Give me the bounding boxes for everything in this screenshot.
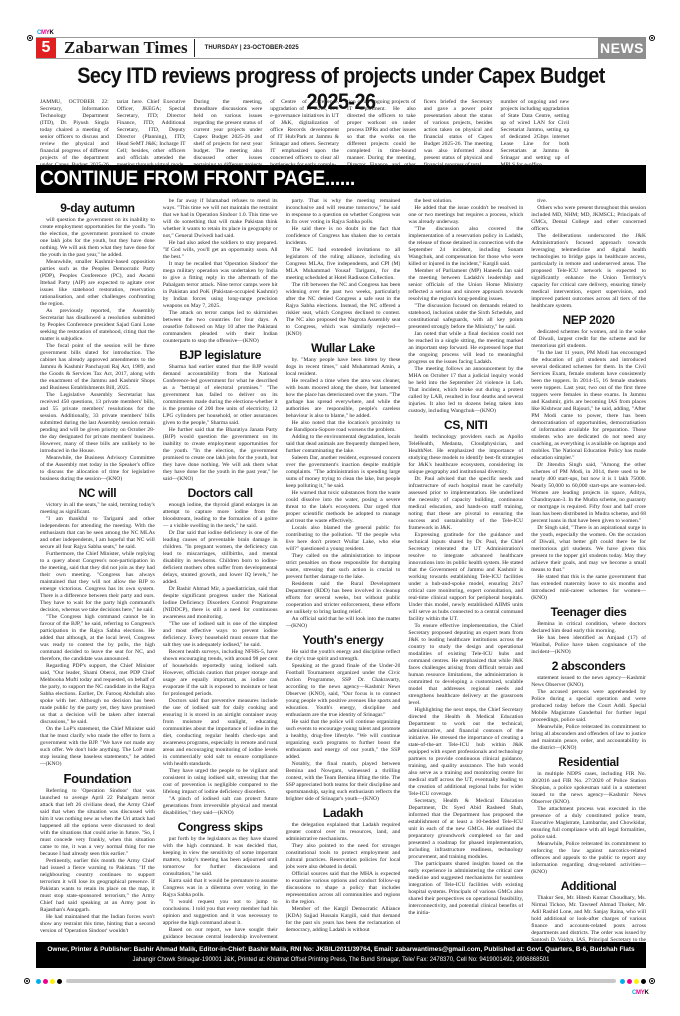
- masthead: 5 Zabarwan Times THURSDAY | 23-OCTOBER-2…: [36, 37, 646, 59]
- story-paragraph: To ensure effective implementation, the …: [408, 623, 523, 707]
- story-paragraph: The participants shared insights based o…: [408, 861, 523, 917]
- story-paragraph: He stated that this is the same governme…: [531, 574, 646, 602]
- story-paragraph: He said that the police will continue or…: [286, 719, 401, 761]
- story-heading: Additional: [531, 879, 646, 893]
- column-1: 9-day autumnwill question the government…: [40, 198, 155, 950]
- story-paragraph: Dr Bashir Ahmad Mir, a paediatrician, sa…: [163, 586, 278, 621]
- story-paragraph: the best solution.: [408, 198, 523, 205]
- story-heading: Teenager dies: [531, 605, 646, 619]
- story-heading: 9-day autumn: [40, 201, 155, 215]
- story-paragraph: On the LoP's statement, the Chief Minist…: [40, 726, 155, 768]
- swatch-black: [57, 979, 62, 984]
- story-paragraph: Recent health surveys, including NFHS-5,…: [163, 649, 278, 698]
- story-paragraph: He also noted that the location's proxim…: [286, 420, 401, 434]
- story-paragraph: He had also asked the soldiers to stay p…: [163, 240, 278, 261]
- story-heading: Ladakh: [286, 806, 401, 820]
- story-paragraph: He said there is no doubt in the fact th…: [286, 226, 401, 247]
- story-paragraph: put forth by the legislators as they hav…: [163, 836, 278, 878]
- registration-mark-icon: [649, 978, 655, 984]
- story-paragraph: The NC had extended invitations to all l…: [286, 247, 401, 282]
- story-paragraph: He warned that toxic substances from the…: [286, 490, 401, 525]
- section-tag: NEWS: [598, 37, 646, 59]
- color-calibration-bar: [36, 977, 646, 985]
- story-heading: NC will: [40, 486, 155, 500]
- story-paragraph: The deliberations underscored the J&K Ad…: [531, 233, 646, 310]
- story-paragraph: victory in all the seats," he said, term…: [40, 502, 155, 516]
- story-paragraph: The attachment process was executed in t…: [531, 806, 646, 841]
- story-paragraph: dedicated schemes for women, and in the …: [531, 329, 646, 350]
- swatch-cyan: [36, 979, 41, 984]
- registration-mark-icon: [649, 35, 655, 41]
- story-paragraph: Sharma had earlier stated that the BJP w…: [163, 364, 278, 427]
- imprint-footer: Owner, Printer & Publisher: Bashir Ahmad…: [36, 942, 646, 968]
- story-paragraph: statement issued to the news agency—Kash…: [531, 675, 646, 689]
- story-paragraph: by. "Many people have been bitten by the…: [286, 357, 401, 378]
- story-paragraph: Dr Singh said, "There is an aspirational…: [531, 525, 646, 574]
- story-paragraph: Expressing gratitude for the guidance an…: [408, 532, 523, 623]
- story-paragraph: "I am thankful to Tarigami and other ind…: [40, 516, 155, 551]
- banner-label: CONTINUE FROM FRONT PAGE......: [40, 167, 355, 191]
- story-paragraph: As previously reported, the Assembly Sec…: [40, 308, 155, 343]
- issue-date: THURSDAY | 23-OCTOBER-2025: [205, 45, 299, 51]
- swatch-magenta: [43, 979, 48, 984]
- story-paragraph: Dr Dar said that iodine deficiency is on…: [163, 530, 278, 586]
- continued-stories: 9-day autumnwill question the government…: [40, 198, 646, 950]
- column-2: be far away if Islamabad refuses to mend…: [163, 198, 278, 950]
- story-paragraph: He said the youth's energy and disciplin…: [286, 649, 401, 663]
- swatch-yellow: [634, 979, 639, 984]
- cmyk-k: K: [49, 30, 53, 36]
- story-heading: Wullar Lake: [286, 341, 401, 355]
- story-paragraph: Doctors said that preventive measures in…: [163, 698, 278, 768]
- cmyk-k: K: [644, 990, 648, 996]
- story-paragraph: Adding to the environmental degradation,…: [286, 434, 401, 455]
- story-paragraph: Highlighting the next steps, the Chief S…: [408, 707, 523, 798]
- story-paragraph: "In the last 11 years, PM Modi has encou…: [531, 350, 646, 462]
- story-paragraph: enough iodine, the thyroid gland enlarge…: [163, 502, 278, 530]
- swatch-yellow: [50, 979, 55, 984]
- story-paragraph: Saleem Dar, another resident, expressed …: [286, 455, 401, 490]
- registration-mark-icon: [24, 978, 30, 984]
- story-paragraph: tive.: [531, 198, 646, 205]
- story-heading: Residential: [531, 755, 646, 769]
- story-paragraph: Official sources said that the MHA is ex…: [286, 871, 401, 906]
- story-paragraph: "I would request you not to jump to conc…: [163, 899, 278, 927]
- story-paragraph: He had maintained that the Indian forces…: [40, 914, 155, 935]
- story-paragraph: Locals also blamed the general public fo…: [286, 525, 401, 553]
- story-paragraph: "A pinch of iodised salt can protect fut…: [163, 796, 278, 817]
- story-paragraph: Residents said the Rural Development Dep…: [286, 581, 401, 616]
- column-4: the best solution.He added that the issu…: [408, 198, 523, 950]
- story-paragraph: The rift between the NC and Congress has…: [286, 282, 401, 338]
- column-3: party. That is why the meeting remained …: [286, 198, 401, 950]
- story-paragraph: Speaking at the grand finale of the Unde…: [286, 663, 401, 719]
- story-heading: 2 absconders: [531, 659, 646, 673]
- story-paragraph: Dr. Paul advised that the specific needs…: [408, 476, 523, 532]
- swatch-magenta: [627, 979, 632, 984]
- story-paragraph: Bemina in critical condition, where doct…: [531, 621, 646, 635]
- story-paragraph: "The Congress high command cannot be in …: [40, 614, 155, 663]
- registration-mark-icon: [27, 35, 33, 41]
- story-paragraph: The accused persons were apprehended by …: [531, 689, 646, 724]
- story-paragraph: Secretary, Health & Medical Education De…: [408, 798, 523, 861]
- story-paragraph: in multiple NDPS cases, including FIR No…: [531, 771, 646, 806]
- story-paragraph: Regarding PDP's support, the Chief Minis…: [40, 663, 155, 726]
- story-paragraph: Member of the Kargil Democratic Alliance…: [286, 906, 401, 934]
- story-paragraph: They called on the administration to imp…: [286, 553, 401, 581]
- story-heading: NEP 2020: [531, 313, 646, 327]
- story-paragraph: He recalled a time when the area was cle…: [286, 378, 401, 420]
- story-paragraph: The meeting follows an announcement by t…: [408, 366, 523, 415]
- story-paragraph: will question the government on its inab…: [40, 217, 155, 259]
- story-paragraph: "The use of iodised salt is one of the s…: [163, 621, 278, 649]
- story-heading: Congress skips: [163, 820, 278, 834]
- story-paragraph: Meanwhile, Police reiterated its commitm…: [531, 724, 646, 752]
- swatch-cyan: [620, 979, 625, 984]
- paper-name: Zabarwan Times: [56, 39, 195, 57]
- story-paragraph: Others who were present throughout this …: [531, 205, 646, 233]
- story-paragraph: He added that the issue couldn't be reso…: [408, 205, 523, 226]
- story-paragraph: party. That is why the meeting remained …: [286, 198, 401, 226]
- gray-strip: [66, 979, 616, 983]
- story-paragraph: He has been identified as Amjaad (17) of…: [531, 635, 646, 656]
- story-paragraph: It may be recalled that 'Operation Sindo…: [163, 261, 278, 310]
- story-paragraph: An official said that he will look into …: [286, 616, 401, 630]
- story-paragraph: Karra said that it would be premature to…: [163, 878, 278, 899]
- story-paragraph: the delegation explained that Ladakh req…: [286, 822, 401, 843]
- story-paragraph: Meanwhile, smaller Kashmir-based opposit…: [40, 259, 155, 308]
- story-paragraph: Furthermore, the Chief Minister, while r…: [40, 551, 155, 614]
- story-paragraph: Member of Parliament (MP) Haneefa Jan sa…: [408, 268, 523, 303]
- story-heading: BJP legislature: [163, 348, 278, 362]
- story-heading: Doctors call: [163, 486, 278, 500]
- story-paragraph: Meanwhile, the Business Advisory Committ…: [40, 455, 155, 483]
- story-paragraph: Dr Jitendra Singh said, "Among the other…: [531, 462, 646, 525]
- story-heading: CS, NITI: [408, 418, 523, 432]
- imprint-line-1: Owner, Printer & Publisher: Bashir Ahmad…: [36, 945, 646, 955]
- swatch-black: [641, 979, 646, 984]
- page-number: 5: [36, 38, 56, 58]
- story-paragraph: health technology providers such as Apol…: [408, 434, 523, 476]
- story-paragraph: Notably, the final match, played between…: [286, 761, 401, 803]
- story-paragraph: "The discussion focused on demands relat…: [408, 303, 523, 331]
- story-paragraph: "The discussion also covered the impleme…: [408, 226, 523, 268]
- story-paragraph: They also pointed to the need for strong…: [286, 843, 401, 871]
- story-paragraph: They have urged the people to be vigilan…: [163, 768, 278, 796]
- story-paragraph: He further said that the Bharatiya Janat…: [163, 427, 278, 483]
- imprint-line-2: Jahangir Chowk Srinagar-190001 J&K, Prin…: [36, 955, 646, 965]
- story-heading: Foundation: [40, 771, 155, 786]
- story-paragraph: The Legislative Assembly Secretariat has…: [40, 392, 155, 455]
- story-paragraph: The focal point of the session will be t…: [40, 343, 155, 392]
- story-paragraph: Meanwhile, Police reiterated its commitm…: [531, 841, 646, 876]
- story-paragraph: Pertinently, earlier this month the Army…: [40, 858, 155, 914]
- story-paragraph: The attack on terror camps led to skirmi…: [163, 310, 278, 345]
- cmyk-label-top: CMYK: [37, 30, 54, 36]
- story-paragraph: Jan noted that while a final decision co…: [408, 331, 523, 366]
- continue-banner: CONTINUE FROM FRONT PAGE......: [36, 165, 646, 193]
- story-heading: Youth's energy: [286, 633, 401, 647]
- column-5: tive.Others who were present throughout …: [531, 198, 646, 950]
- story-paragraph: Referring to 'Operation Sindoor' that wa…: [40, 788, 155, 858]
- cmyk-label-bottom: CMYK: [632, 990, 649, 996]
- story-paragraph: be far away if Islamabad refuses to mend…: [163, 198, 278, 240]
